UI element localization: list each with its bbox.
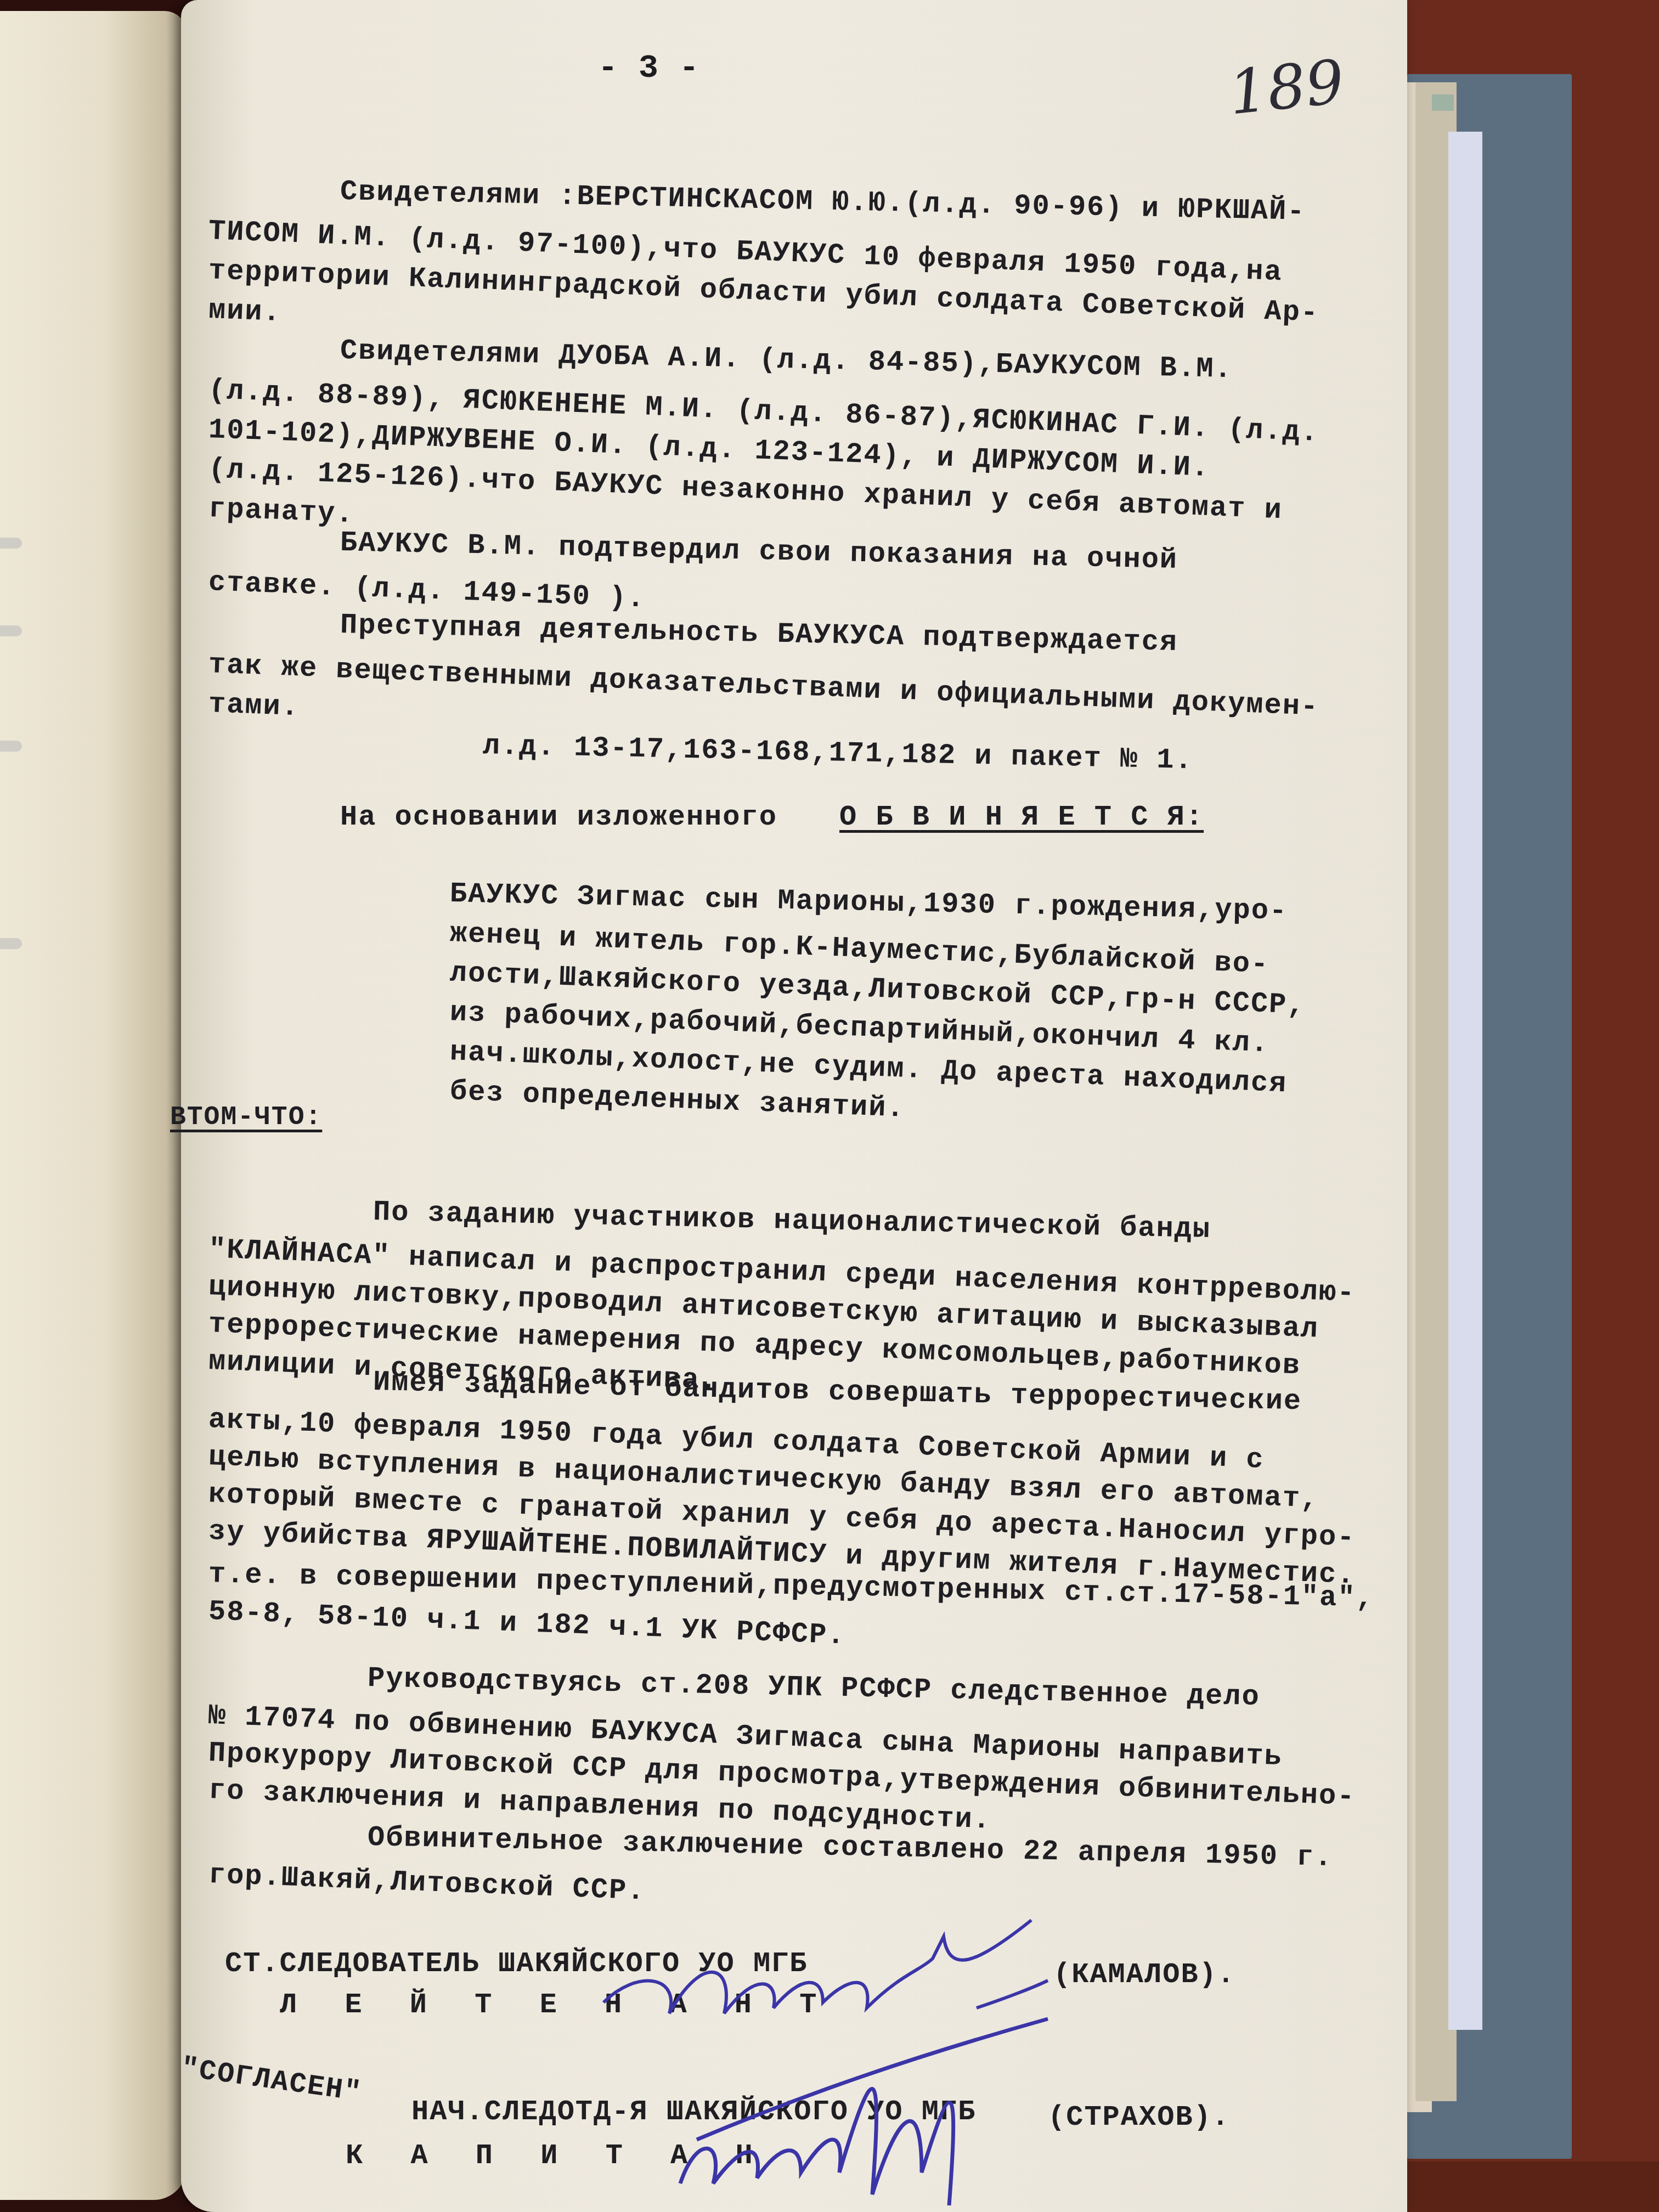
signature-2	[664, 1997, 1059, 2212]
text-line: По заданию участников националистической…	[373, 1196, 1211, 1246]
archive-sheet-number: 189	[1226, 46, 1347, 128]
text-line: БАУКУС Зигмас сын Марионы,1930 г.рождени…	[449, 878, 1288, 928]
text-line: 58-8, 58-10 ч.1 и 182 ч.1 УК РСФСР.	[208, 1595, 847, 1652]
text-line: л.д. 13-17,163-168,171,182 и пакет № 1.	[482, 730, 1193, 777]
folder-sheet-tab	[1432, 94, 1454, 111]
bleed-through-mark	[0, 741, 22, 752]
text-line: Преступная деятельность БАУКУСА подтверж…	[340, 609, 1178, 659]
text-line: мии.	[208, 294, 282, 329]
signer-2-name: (СТРАХОВ).	[1048, 2101, 1230, 2134]
bleed-through-mark	[0, 625, 22, 636]
text-line: Свидетелями :ВЕРСТИНСКАСОМ Ю.Ю.(л.д. 90-…	[340, 176, 1306, 228]
text-line: тами.	[208, 688, 300, 724]
charge-intro-text: На основании изложенного	[340, 801, 777, 833]
document-page: - 3 - 189 Свидетелями :ВЕРСТИНСКАСОМ Ю.Ю…	[181, 0, 1407, 2212]
approval-label: "СОГЛАСЕН"	[179, 2052, 364, 2109]
bleed-through-mark	[0, 938, 22, 949]
left-book-page	[0, 11, 187, 2200]
signer-1-name: (КАМАЛОВ).	[1053, 1959, 1235, 1991]
typed-page-number: - 3 -	[598, 52, 699, 85]
text-line: БАУКУС В.М. подтвердил свои показания на…	[340, 527, 1178, 577]
charge-keyword: О Б В И Н Я Е Т С Я:	[839, 801, 1204, 833]
text-line: Руководствуясь ст.208 УПК РСФСР следстве…	[367, 1662, 1260, 1713]
folder-sheet-edge	[1448, 132, 1482, 2030]
section-heading: ВТОМ-ЧТО:	[170, 1103, 322, 1132]
text-line: так же вещественными доказательствами и …	[208, 648, 1319, 724]
text-line: ставке. (л.д. 149-150 ).	[208, 566, 646, 616]
text-line: гор.Шакяй,Литовской ССР.	[208, 1859, 646, 1908]
bleed-through-mark	[0, 538, 22, 549]
text-line: Свидетелями ДУОБА А.И. (л.д. 84-85),БАУК…	[340, 335, 1233, 386]
text-line: гранату.	[208, 493, 355, 531]
